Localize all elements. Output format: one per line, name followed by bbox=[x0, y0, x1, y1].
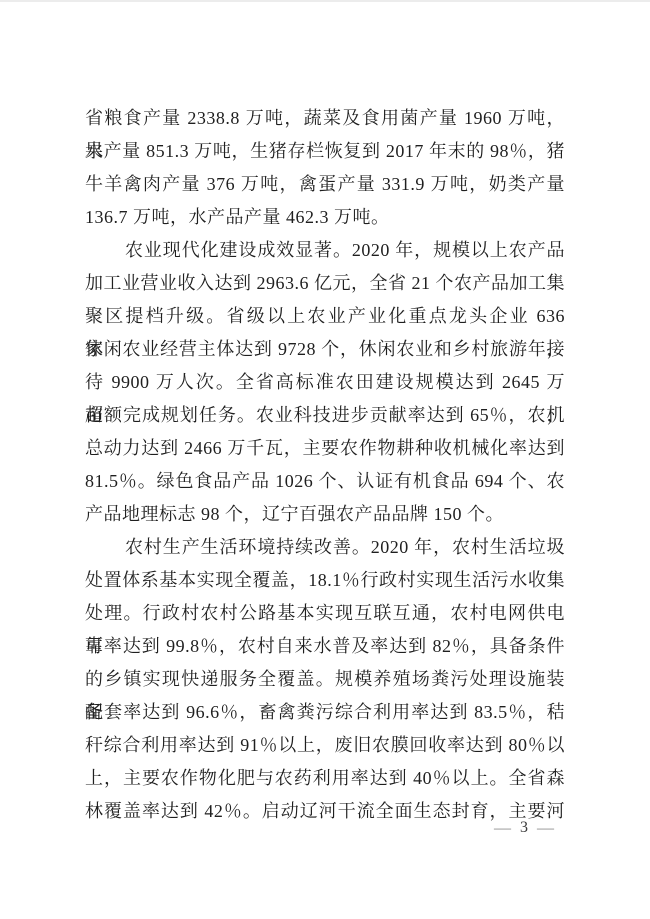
text-line: 总动力达到 2466 万千瓦，主要农作物耕种收机械化率达到 bbox=[85, 432, 565, 465]
text-line: 省粮食产量 2338.8 万吨，蔬菜及食用菌产量 1960 万吨，水 bbox=[85, 102, 565, 135]
text-line: 农业现代化建设成效显著。2020 年，规模以上农产品 bbox=[85, 234, 565, 267]
paragraph: 省粮食产量 2338.8 万吨，蔬菜及食用菌产量 1960 万吨，水果产量 85… bbox=[85, 102, 565, 234]
document-page: 省粮食产量 2338.8 万吨，蔬菜及食用菌产量 1960 万吨，水果产量 85… bbox=[0, 0, 650, 919]
text-line: 果产量 851.3 万吨，生猪存栏恢复到 2017 年末的 98％，猪 bbox=[85, 135, 565, 168]
text-line: 加工业营业收入达到 2963.6 亿元，全省 21 个农产品加工集 bbox=[85, 267, 565, 300]
paragraph: 农村生产生活环境持续改善。2020 年，农村生活垃圾处置体系基本实现全覆盖，18… bbox=[85, 531, 565, 828]
text-line: 靠率达到 99.8％，农村自来水普及率达到 82％，具备条件 bbox=[85, 630, 565, 663]
text-line: 81.5％。绿色食品产品 1026 个、认证有机食品 694 个、农 bbox=[85, 465, 565, 498]
text-line: 农村生产生活环境持续改善。2020 年，农村生活垃圾 bbox=[85, 531, 565, 564]
text-line: 林覆盖率达到 42％。启动辽河干流全面生态封育，主要河 bbox=[85, 795, 565, 828]
text-line: 待 9900 万人次。全省高标准农田建设规模达到 2645 万亩， bbox=[85, 366, 565, 399]
text-line: 136.7 万吨，水产品产量 462.3 万吨。 bbox=[85, 201, 565, 234]
text-line: 牛羊禽肉产量 376 万吨，禽蛋产量 331.9 万吨，奶类产量 bbox=[85, 168, 565, 201]
footer-page-number: 3 bbox=[520, 818, 528, 838]
text-line: 超额完成规划任务。农业科技进步贡献率达到 65％，农机 bbox=[85, 399, 565, 432]
text-line: 处置体系基本实现全覆盖，18.1％行政村实现生活污水收集 bbox=[85, 564, 565, 597]
text-line: 秆综合利用率达到 91％以上，废旧农膜回收率达到 80％以 bbox=[85, 729, 565, 762]
text-line: 的乡镇实现快递服务全覆盖。规模养殖场粪污处理设施装备 bbox=[85, 663, 565, 696]
text-line: 处理。行政村农村公路基本实现互联互通，农村电网供电可 bbox=[85, 597, 565, 630]
scan-edge-artifact bbox=[0, 0, 650, 2]
paragraph: 农业现代化建设成效显著。2020 年，规模以上农产品加工业营业收入达到 2963… bbox=[85, 234, 565, 531]
footer-dash-right: — bbox=[537, 818, 554, 838]
document-body: 省粮食产量 2338.8 万吨，蔬菜及食用菌产量 1960 万吨，水果产量 85… bbox=[85, 102, 565, 828]
text-line: 聚区提档升级。省级以上农业产业化重点龙头企业 636 家， bbox=[85, 300, 565, 333]
footer-dash-left: — bbox=[494, 818, 511, 838]
page-footer: — 3 — bbox=[494, 818, 554, 838]
text-line: 休闲农业经营主体达到 9728 个，休闲农业和乡村旅游年接 bbox=[85, 333, 565, 366]
text-line: 产品地理标志 98 个，辽宁百强农产品品牌 150 个。 bbox=[85, 498, 565, 531]
text-line: 上，主要农作物化肥与农药利用率达到 40％以上。全省森 bbox=[85, 762, 565, 795]
text-line: 配套率达到 96.6％，畜禽粪污综合利用率达到 83.5％，秸 bbox=[85, 696, 565, 729]
